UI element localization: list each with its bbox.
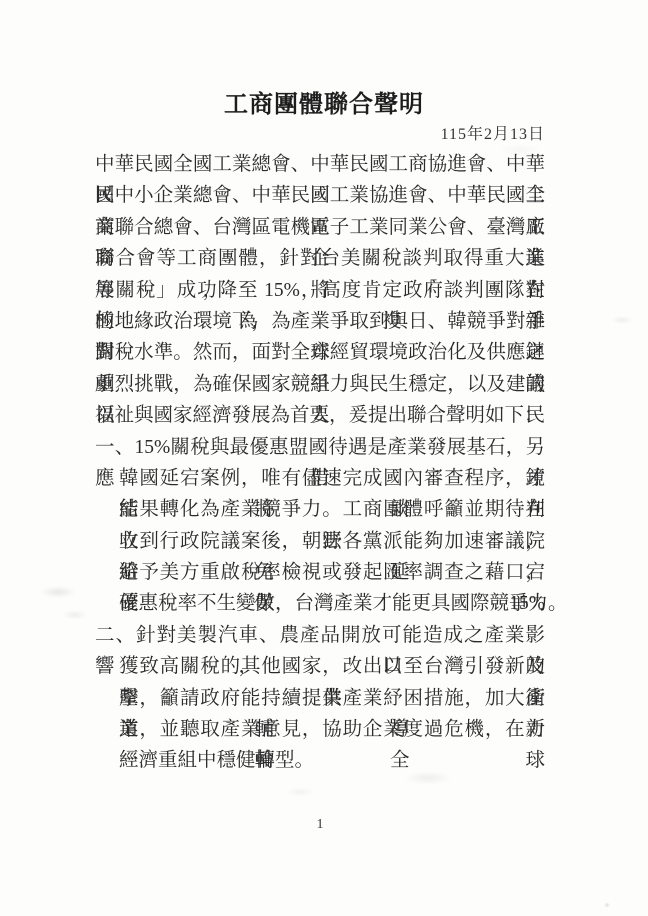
text-line: 道，並聽取產業意見，協助企業度過危機，在新一輪全球	[95, 714, 545, 745]
text-line: 獲致高關稅的其他國家，改出口至台灣引發新的產業衝	[95, 651, 545, 682]
text-line: 優惠稅率不生變數，台灣產業才能更具國際競爭力。	[95, 588, 545, 619]
scanned-document-page: 工商團體聯合聲明 115年2月13日 中華民國全國工業總會、中華民國工商協進會、…	[0, 0, 648, 916]
text-line: 劇烈挑戰，為確保國家競爭力與民生穩定，以及建議以人民	[95, 369, 545, 400]
text-line: 等關稅」成功降至 15%，高度肯定政府談判團隊在極為複雜	[95, 275, 545, 306]
document-title: 工商團體聯合聲明	[0, 84, 648, 119]
text-line: 商聯合總會、台灣區電機電子工業同業公會、臺灣工商企業	[95, 212, 545, 243]
text-line: 結果轉化為產業競爭力。工商團體呼籲並期待在立法院	[95, 494, 545, 525]
text-line: 的地緣政治環境下，為產業爭取到與日、韓競爭對手對齊之	[95, 306, 545, 337]
list-item-2-line: 二、針對美製汽車、農產品開放可能造成之產業影響，以及	[95, 620, 545, 651]
text-line: 擊，籲請政府能持續提供產業紓困措施，加大產業輔導力	[95, 683, 545, 714]
text-line: 福祉與國家經濟發展為首要，爰提出聯合聲明如下：	[95, 400, 545, 431]
text-line: 中華民國全國工業總會、中華民國工商協進會、中華民國全	[95, 149, 545, 180]
page-number: 1	[95, 817, 545, 833]
text-line: 關稅水準。然而，面對全球經貿環境政治化及供應鏈重組的	[95, 337, 545, 368]
text-line: 國中小企業總會、中華民國工業協進會、中華民國工業區廠	[95, 180, 545, 211]
document-body: 中華民國全國工業總會、中華民國工商協進會、中華民國全 國中小企業總會、中華民國工…	[95, 149, 545, 777]
list-item-1-line: 一、15%關稅與最優惠盟國待遇是產業發展基石，另應借鏡	[95, 432, 545, 463]
text-line: 收到行政院議案後，朝野各黨派能夠加速審議，避免延宕	[95, 526, 545, 557]
document-date: 115年2月13日	[95, 121, 545, 144]
text-line: 聯合會等工商團體，針對台美關稅談判取得重大進展，將「對	[95, 243, 545, 274]
text-line: 韓國延宕案例，唯有儘速完成國內審查程序，才能將談判	[95, 463, 545, 494]
text-line: 給予美方重啟稅率檢視或發起匯率調查之藉口，確保 15%	[95, 557, 545, 588]
